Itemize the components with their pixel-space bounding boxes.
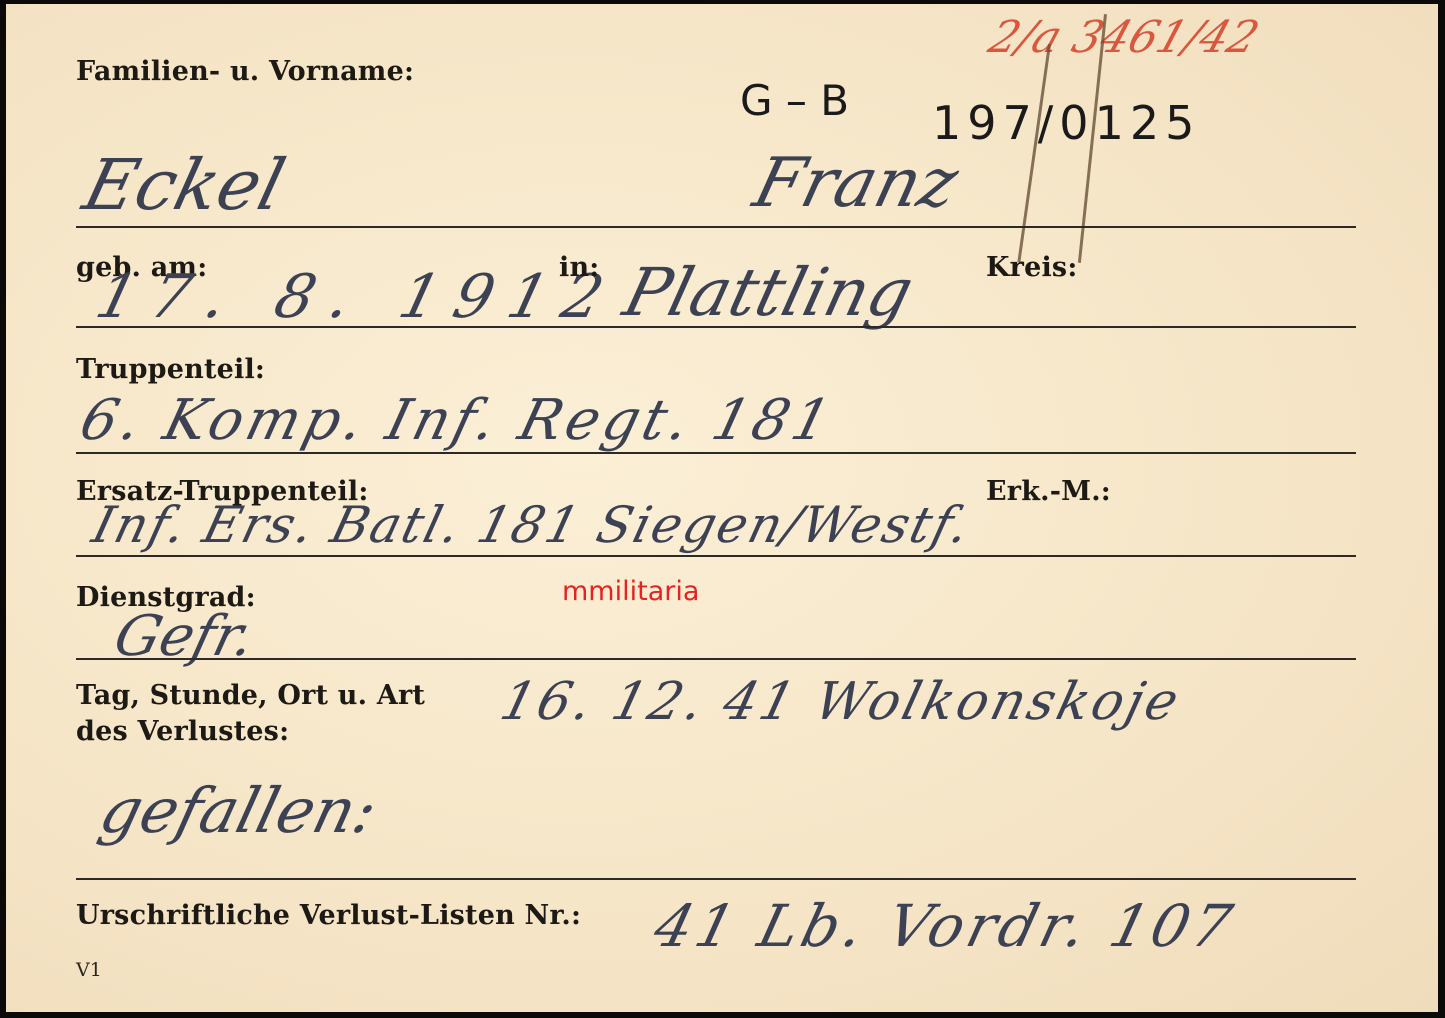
unit-label: Truppenteil: (76, 354, 265, 385)
divider (76, 878, 1356, 880)
loss-type-value: gefallen: (93, 774, 385, 847)
birth-place-label: in: (559, 252, 599, 283)
birth-place-value: Plattling (616, 254, 920, 331)
divider (76, 452, 1356, 454)
red-annotation: 2/a 3461/42 (983, 12, 1265, 63)
replacement-unit-value: Inf. Ers. Batl. 181 Siegen/Westf. (87, 496, 977, 554)
district-label: Kreis: (986, 252, 1078, 283)
divider (76, 555, 1356, 557)
loss-details-value: 16. 12. 41 Wolkonskoje (495, 672, 1188, 732)
watermark: mmilitaria (562, 576, 699, 607)
given-name-value: Franz (746, 144, 966, 223)
loss-list-label: Urschriftliche Verlust-Listen Nr.: (76, 900, 581, 931)
divider (76, 226, 1356, 228)
birth-date-value: 17. 8. 1912 (89, 262, 626, 332)
loss-details-label-line2: des Verlustes: (76, 716, 289, 747)
surname-value: Eckel (76, 144, 293, 226)
name-label: Familien- u. Vorname: (76, 56, 414, 87)
form-code: V1 (76, 959, 102, 981)
loss-list-value: 41 Lb. Vordr. 107 (648, 892, 1243, 960)
index-card: 2/a 3461/42 G – B 197/0125 Familien- u. … (6, 4, 1438, 1012)
loss-details-label-line1: Tag, Stunde, Ort u. Art (76, 680, 425, 711)
series-stamp: G – B (740, 76, 849, 125)
identity-tag-label: Erk.-M.: (986, 476, 1111, 507)
number-stamp: 197/0125 (932, 96, 1200, 150)
divider (76, 326, 1356, 328)
unit-value: 6. Komp. Inf. Regt. 181 (74, 388, 841, 453)
pencil-stroke (1017, 44, 1051, 262)
divider (76, 658, 1356, 660)
